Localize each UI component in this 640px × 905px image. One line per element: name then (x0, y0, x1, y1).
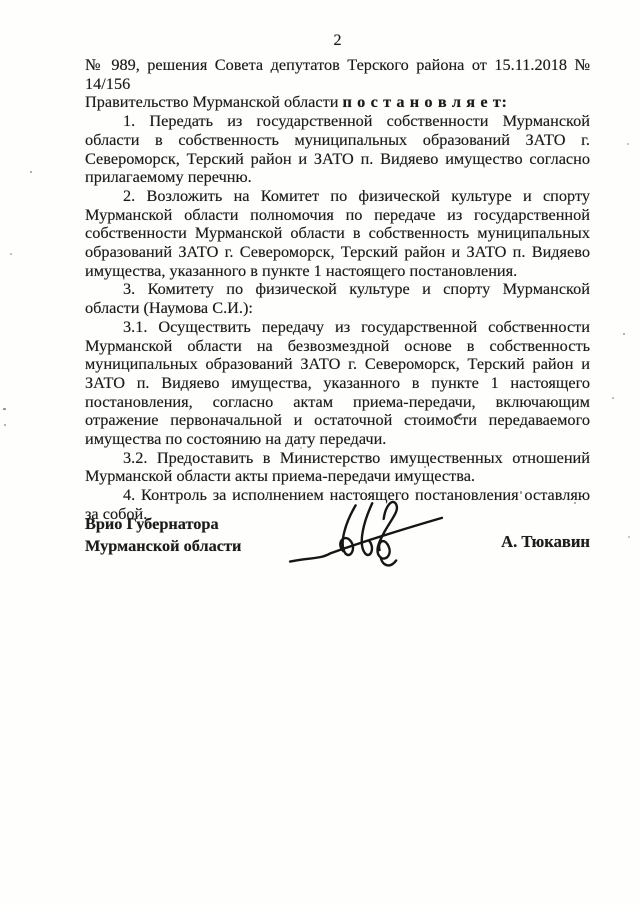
scan-speck (612, 397, 614, 399)
paragraph-item-3-1: 3.1. Осуществить передачу из государстве… (85, 318, 590, 449)
page-number: 2 (85, 32, 590, 50)
scan-speck (574, 502, 576, 504)
signer-title-line-2: Мурманской области (85, 535, 241, 557)
paragraph-item-1: 1. Передать из государственной собственн… (85, 112, 590, 187)
scan-speck (30, 171, 32, 173)
intro-line-1: № 989, решения Совета депутатов Терского… (85, 56, 590, 93)
scan-speck (3, 408, 6, 410)
signature-block: Врио Губернатора Мурманской области А. Т… (85, 513, 590, 593)
handwritten-signature-icon (281, 496, 451, 574)
scan-speck (424, 466, 426, 468)
scan-speck (10, 253, 12, 255)
paragraph-item-3-2: 3.2. Предоставить в Министерство имущест… (85, 449, 590, 486)
intro-line-2: Правительство Мурманской области п о с т… (85, 93, 590, 112)
decree-keyword: п о с т а н о в л я е т: (343, 92, 508, 111)
scan-speck (300, 447, 302, 449)
paragraph-item-2: 2. Возложить на Комитет по физической ку… (85, 187, 590, 281)
signer-title-line-1: Врио Губернатора (85, 513, 241, 535)
scan-speck (628, 536, 630, 538)
scanned-document-page: 2 № 989, решения Совета депутатов Терско… (0, 0, 640, 905)
signer-title: Врио Губернатора Мурманской области (85, 513, 241, 557)
paragraph-item-3: 3. Комитету по физической культуре и спо… (85, 280, 590, 317)
scan-speck (4, 424, 6, 426)
scan-speck (627, 143, 629, 145)
scan-speck (520, 491, 522, 494)
signer-name: А. Тюкавин (501, 532, 590, 552)
intro-line-2-text: Правительство Мурманской области (85, 92, 343, 111)
scan-speck (623, 333, 625, 335)
document-body: № 989, решения Совета депутатов Терского… (85, 56, 590, 524)
